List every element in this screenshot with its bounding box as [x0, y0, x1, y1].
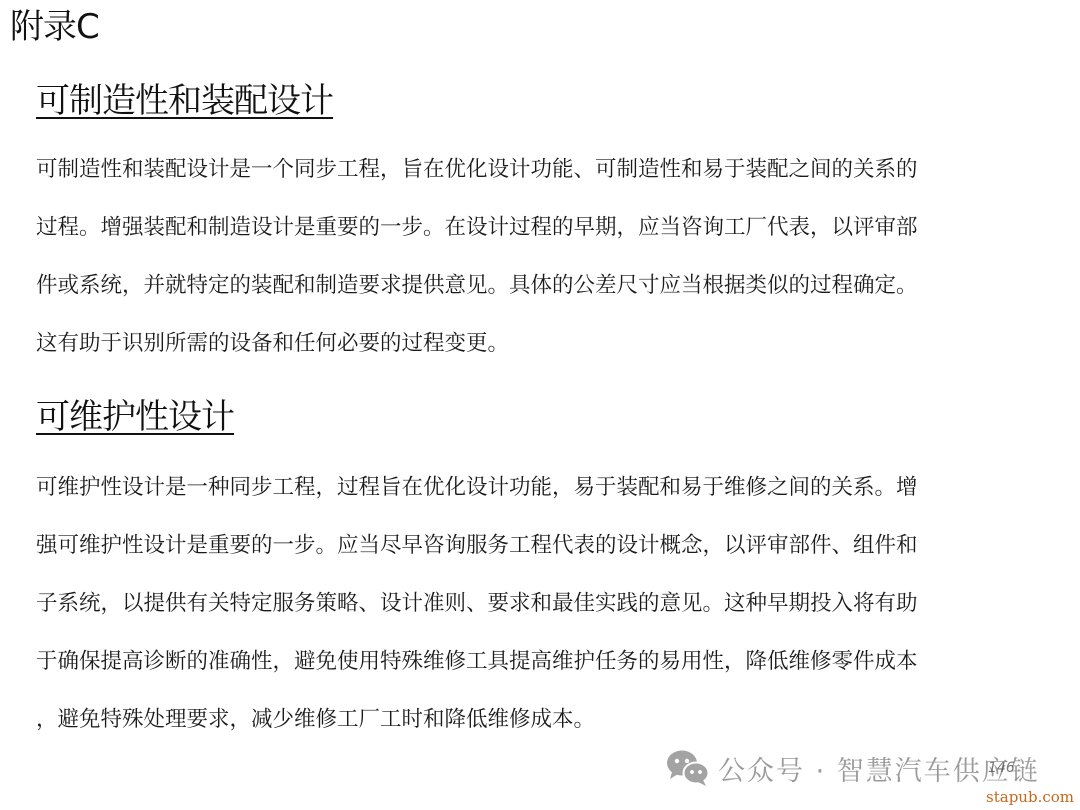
paragraph-line: 这有助于识别所需的设备和任何必要的过程变更。	[36, 315, 1026, 373]
section-heading-dfma: 可制造性和装配设计	[36, 80, 333, 122]
section-heading-serviceability: 可维护性设计	[36, 396, 234, 438]
watermark: 公众号 · 智慧汽车供应链	[666, 746, 1040, 790]
section-body-serviceability: 可维护性设计是一种同步工程，过程旨在优化设计功能，易于装配和易于维修之间的关系。…	[36, 459, 1026, 749]
paragraph-line: 强可维护性设计是重要的一步。应当尽早咨询服务工程代表的设计概念，以评审部件、组件…	[36, 517, 1026, 575]
page-number: 146	[988, 760, 1015, 776]
paragraph-line: 可制造性和装配设计是一个同步工程，旨在优化设计功能、可制造性和易于装配之间的关系…	[36, 141, 1026, 199]
paragraph-line: 子系统，以提供有关特定服务策略、设计准则、要求和最佳实践的意见。这种早期投入将有…	[36, 575, 1026, 633]
paragraph-line: 件或系统，并就特定的装配和制造要求提供意见。具体的公差尺寸应当根据类似的过程确定…	[36, 257, 1026, 315]
appendix-title: 附录C	[10, 6, 99, 48]
paragraph-line: ，避免特殊处理要求，减少维修工厂工时和降低维修成本。	[36, 691, 1026, 749]
site-link[interactable]: stapub.com	[986, 788, 1074, 806]
section-body-dfma: 可制造性和装配设计是一个同步工程，旨在优化设计功能、可制造性和易于装配之间的关系…	[36, 141, 1026, 373]
paragraph-line: 可维护性设计是一种同步工程，过程旨在优化设计功能，易于装配和易于维修之间的关系。…	[36, 459, 1026, 517]
paragraph-line: 于确保提高诊断的准确性，避免使用特殊维修工具提高维护任务的易用性，降低维修零件成…	[36, 633, 1026, 691]
paragraph-line: 过程。增强装配和制造设计是重要的一步。在设计过程的早期，应当咨询工厂代表，以评审…	[36, 199, 1026, 257]
wechat-icon	[666, 748, 710, 788]
